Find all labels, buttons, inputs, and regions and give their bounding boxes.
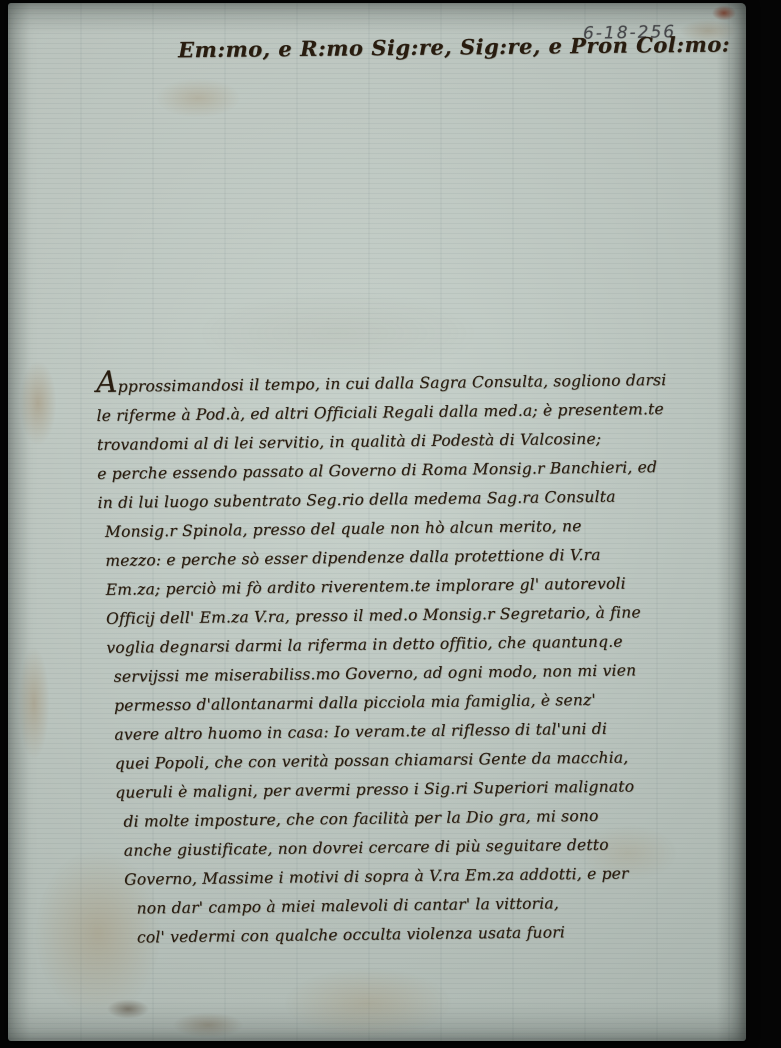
manuscript-line: col' vedermi con qualche occulta violenz… bbox=[137, 916, 751, 952]
scan-background: 6-18-256 Em:mo, e R:mo Sig:re, Sig:re, e… bbox=[0, 0, 781, 1048]
letter-body: Approssimandosi il tempo, in cui dalla S… bbox=[96, 365, 751, 953]
salutation-line: Em:mo, e R:mo Sig:re, Sig:re, e Pron Col… bbox=[178, 33, 618, 63]
manuscript-page: 6-18-256 Em:mo, e R:mo Sig:re, Sig:re, e… bbox=[8, 3, 746, 1041]
